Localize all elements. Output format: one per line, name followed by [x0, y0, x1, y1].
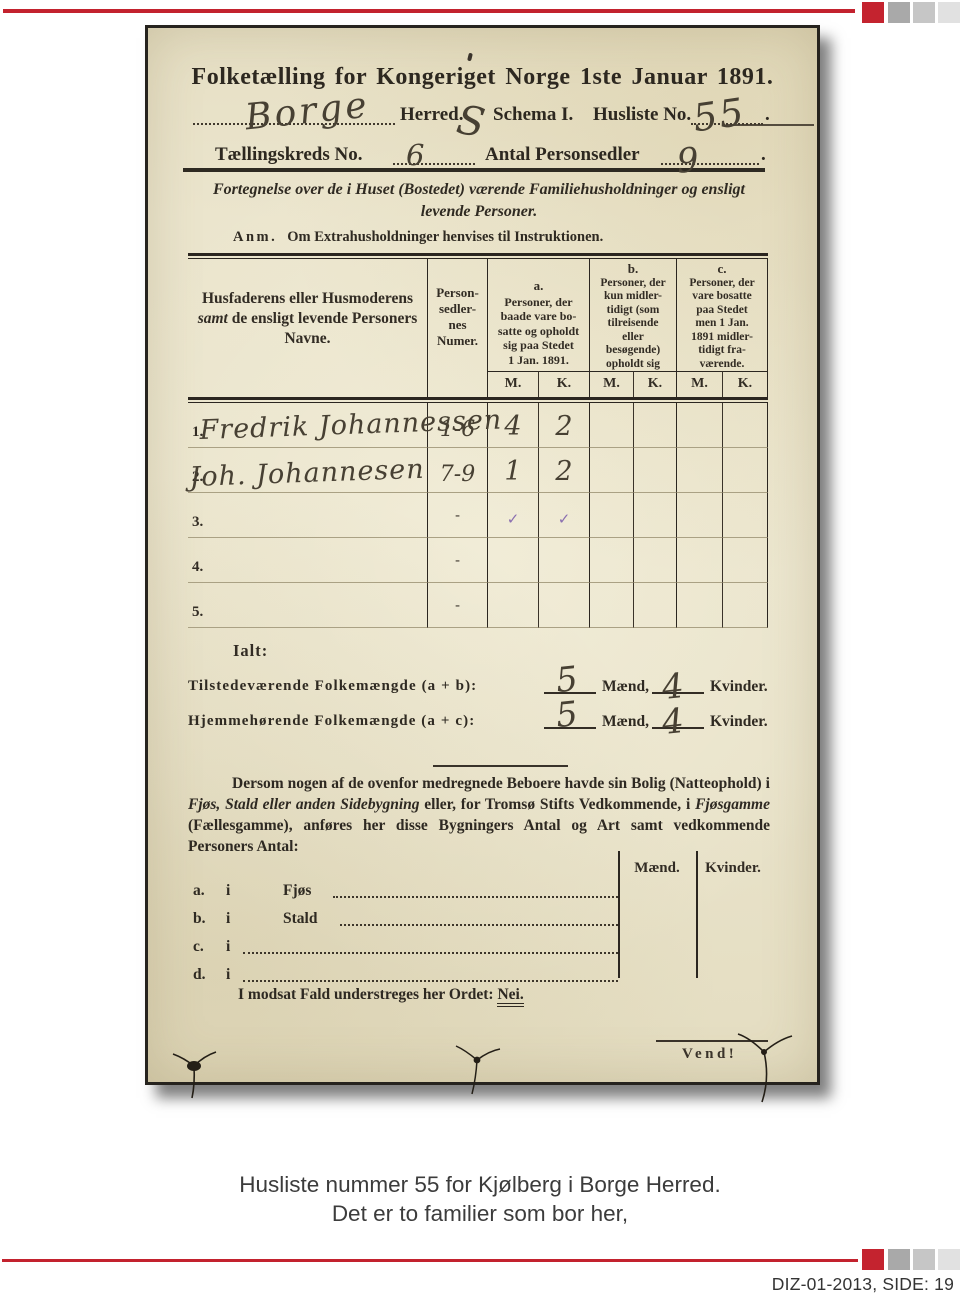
cell-aK: 2 [538, 448, 589, 493]
cell-name: 3. [188, 493, 427, 538]
table-row: 4. - [188, 538, 768, 583]
period: . [765, 104, 770, 126]
cell-bK [633, 403, 676, 448]
ink-blot [726, 1026, 796, 1106]
bottom-accent-square-gray2 [913, 1249, 935, 1270]
cell-bM [589, 403, 633, 448]
period: . [761, 144, 766, 166]
col-header-numer: Person- sedler- nes Numer. [427, 259, 487, 371]
outbuilding-name: Fjøs [283, 882, 311, 900]
mk-cM: M. [676, 371, 722, 397]
outbuilding-row: b. i Stald [188, 906, 618, 930]
anm-text: Om Extrahusholdninger henvises til Instr… [287, 229, 603, 245]
cell-cK [722, 403, 768, 448]
cell-cM [676, 583, 722, 628]
mk-aK: K. [538, 371, 589, 397]
personsedler-number-handwritten: 9 [676, 143, 700, 178]
bottom-accent-square-gray1 [888, 1249, 910, 1270]
kreds-label: Tællingskreds No. [215, 144, 362, 166]
mk-spacer [427, 371, 487, 397]
bottom-accent-square-red [862, 1249, 884, 1270]
cell-aM [487, 538, 538, 583]
husliste-number-handwritten: 55 [691, 93, 748, 138]
cell-bK [633, 538, 676, 583]
cell-bK [633, 583, 676, 628]
scan-title: Folketælling for Kongeriget Norge 1ste J… [148, 64, 817, 91]
men-word: Mænd, [602, 678, 649, 696]
ink-speck [467, 53, 473, 62]
col-header-names: Husfaderens eller Husmoderens samt de en… [188, 259, 427, 371]
mk-cK: K. [722, 371, 768, 397]
top-accent-square-gray3 [938, 2, 960, 23]
dotted-leader [243, 980, 618, 982]
anm-label: Anm. [233, 229, 277, 245]
mk-spacer [188, 371, 427, 397]
dotted-leader [661, 163, 759, 165]
cell-cK [722, 448, 768, 493]
nei-word: Nei. [497, 986, 523, 1007]
cell-bM [589, 448, 633, 493]
dotted-leader [340, 924, 618, 926]
cell-bM [589, 583, 633, 628]
subtitle-line2: levende Personer. [188, 203, 770, 221]
women-word: Kvinder. [710, 713, 768, 731]
cell-cM [676, 448, 722, 493]
table-row: 2.Joh. Johannesen 7-9 1 2 [188, 448, 768, 493]
census-scan: Folketælling for Kongeriget Norge 1ste J… [145, 25, 820, 1085]
ink-blot [448, 1036, 506, 1098]
husliste-label: Husliste No. [593, 104, 691, 126]
cell-aK [538, 583, 589, 628]
top-accent-square-gray2 [913, 2, 935, 23]
cell-aK [538, 538, 589, 583]
cell-name: 5. [188, 583, 427, 628]
top-red-rule [3, 9, 855, 13]
home-women-handwritten: 4 [660, 704, 685, 740]
table-top-rule [188, 253, 768, 259]
cell-cM [676, 538, 722, 583]
cell-name: 2.Joh. Johannesen [188, 448, 427, 493]
bottom-red-rule [2, 1259, 858, 1262]
kreds-number-handwritten: 6 [406, 141, 424, 170]
outbuilding-men-header: Mænd. [618, 860, 696, 877]
mk-bM: M. [589, 371, 633, 397]
personsedler-label: Antal Personsedler [485, 144, 640, 166]
outbuilding-name: Stald [283, 910, 317, 928]
anm-note: Anm.Om Extrahusholdninger henvises til I… [233, 229, 603, 246]
table-row: 5. - [188, 583, 768, 628]
col-header-c: c.Personer, der vare bosatte paa Stedet … [676, 259, 768, 371]
top-accent-square-red [862, 2, 884, 23]
outbuilding-paragraph: Dersom nogen af de ovenfor medregnede Be… [188, 773, 770, 857]
bottom-accent-square-gray3 [938, 1249, 960, 1270]
cell-aK: ✓ [538, 493, 589, 538]
women-word: Kvinder. [710, 678, 768, 696]
census-table: Husfaderens eller Husmoderens samt de en… [188, 253, 768, 628]
outbuilding-row: c. i [188, 934, 618, 958]
resident-name-handwritten: Joh. Johannesen [189, 456, 425, 491]
present-men-handwritten: 5 [554, 662, 579, 698]
table-row: 3. - ✓ ✓ [188, 493, 768, 538]
cell-bM [589, 493, 633, 538]
caption-line1: Husliste nummer 55 for Kjølberg i Borge … [0, 1170, 960, 1199]
cell-aK: 2 [538, 403, 589, 448]
cell-numer: - [427, 583, 487, 628]
header-line-kreds: Tællingskreds No. 6 Antal Personsedler 9… [193, 140, 778, 168]
nei-sentence: I modsat Fald understreges her Ordet: Ne… [238, 986, 524, 1004]
dotted-leader [243, 952, 618, 954]
header-line-herred: Borge Herred. S Schema I. Husliste No. 5… [193, 100, 778, 128]
cell-bM [589, 538, 633, 583]
herred-label: Herred. [400, 104, 464, 126]
home-men-handwritten: 5 [554, 697, 579, 733]
check-mark: ✓ [507, 512, 520, 527]
cell-aM [487, 583, 538, 628]
ink-blot [166, 1040, 224, 1102]
cell-cK [722, 493, 768, 538]
cell-cM [676, 493, 722, 538]
pen-flourish: S [454, 100, 488, 144]
herred-handwritten: Borge [243, 88, 371, 137]
cell-aM: ✓ [487, 493, 538, 538]
subtitle-line1: Fortegnelse over de i Huset (Bostedet) v… [188, 181, 770, 199]
check-mark: ✓ [558, 512, 571, 527]
outbuilding-women-header: Kvinder. [696, 860, 770, 877]
page-reference: DIZ-01-2013, SIDE: 19 [772, 1274, 954, 1295]
outbuilding-row: a. i Fjøs [188, 878, 618, 902]
cell-numer: - [427, 538, 487, 583]
cell-cK [722, 583, 768, 628]
cell-name: 1.Fredrik Johannessen [188, 403, 427, 448]
cell-name: 4. [188, 538, 427, 583]
col-header-b: b.Personer, der kun midler- tidigt (som … [589, 259, 676, 371]
totals-row-present: Tilstedeværende Folkemængde (a + b): 5 M… [188, 671, 770, 697]
caption: Husliste nummer 55 for Kjølberg i Borge … [0, 1170, 960, 1228]
outbuilding-row: d. i [188, 962, 618, 986]
cell-bK [633, 448, 676, 493]
present-label: Tilstedeværende Folkemængde (a + b): [188, 678, 477, 695]
table-row: 1.Fredrik Johannessen 1-6 4 2 [188, 403, 768, 448]
table-mk-row: M. K. M. K. M. K. [188, 371, 768, 397]
schema-label: Schema I. [493, 104, 573, 126]
section-divider [433, 765, 568, 767]
cell-bK [633, 493, 676, 538]
cell-cM [676, 403, 722, 448]
table-header: Husfaderens eller Husmoderens samt de en… [188, 259, 768, 371]
present-women-handwritten: 4 [660, 669, 685, 705]
mk-aM: M. [487, 371, 538, 397]
cell-cK [722, 538, 768, 583]
totals-row-home: Hjemmehørende Folkemængde (a + c): 5 Mæn… [188, 706, 770, 732]
home-label: Hjemmehørende Folkemængde (a + c): [188, 713, 475, 730]
col-header-a: a.Personer, der baade vare bo- satte og … [487, 259, 589, 371]
dotted-leader [333, 896, 618, 898]
mk-bK: K. [633, 371, 676, 397]
ialt-label: Ialt: [233, 641, 268, 661]
cell-numer: - [427, 493, 487, 538]
top-accent-square-gray1 [888, 2, 910, 23]
cell-aM: 1 [487, 448, 538, 493]
caption-line2: Det er to familier som bor her, [0, 1199, 960, 1228]
men-word: Mænd, [602, 713, 649, 731]
cell-numer: 7-9 [427, 448, 487, 493]
